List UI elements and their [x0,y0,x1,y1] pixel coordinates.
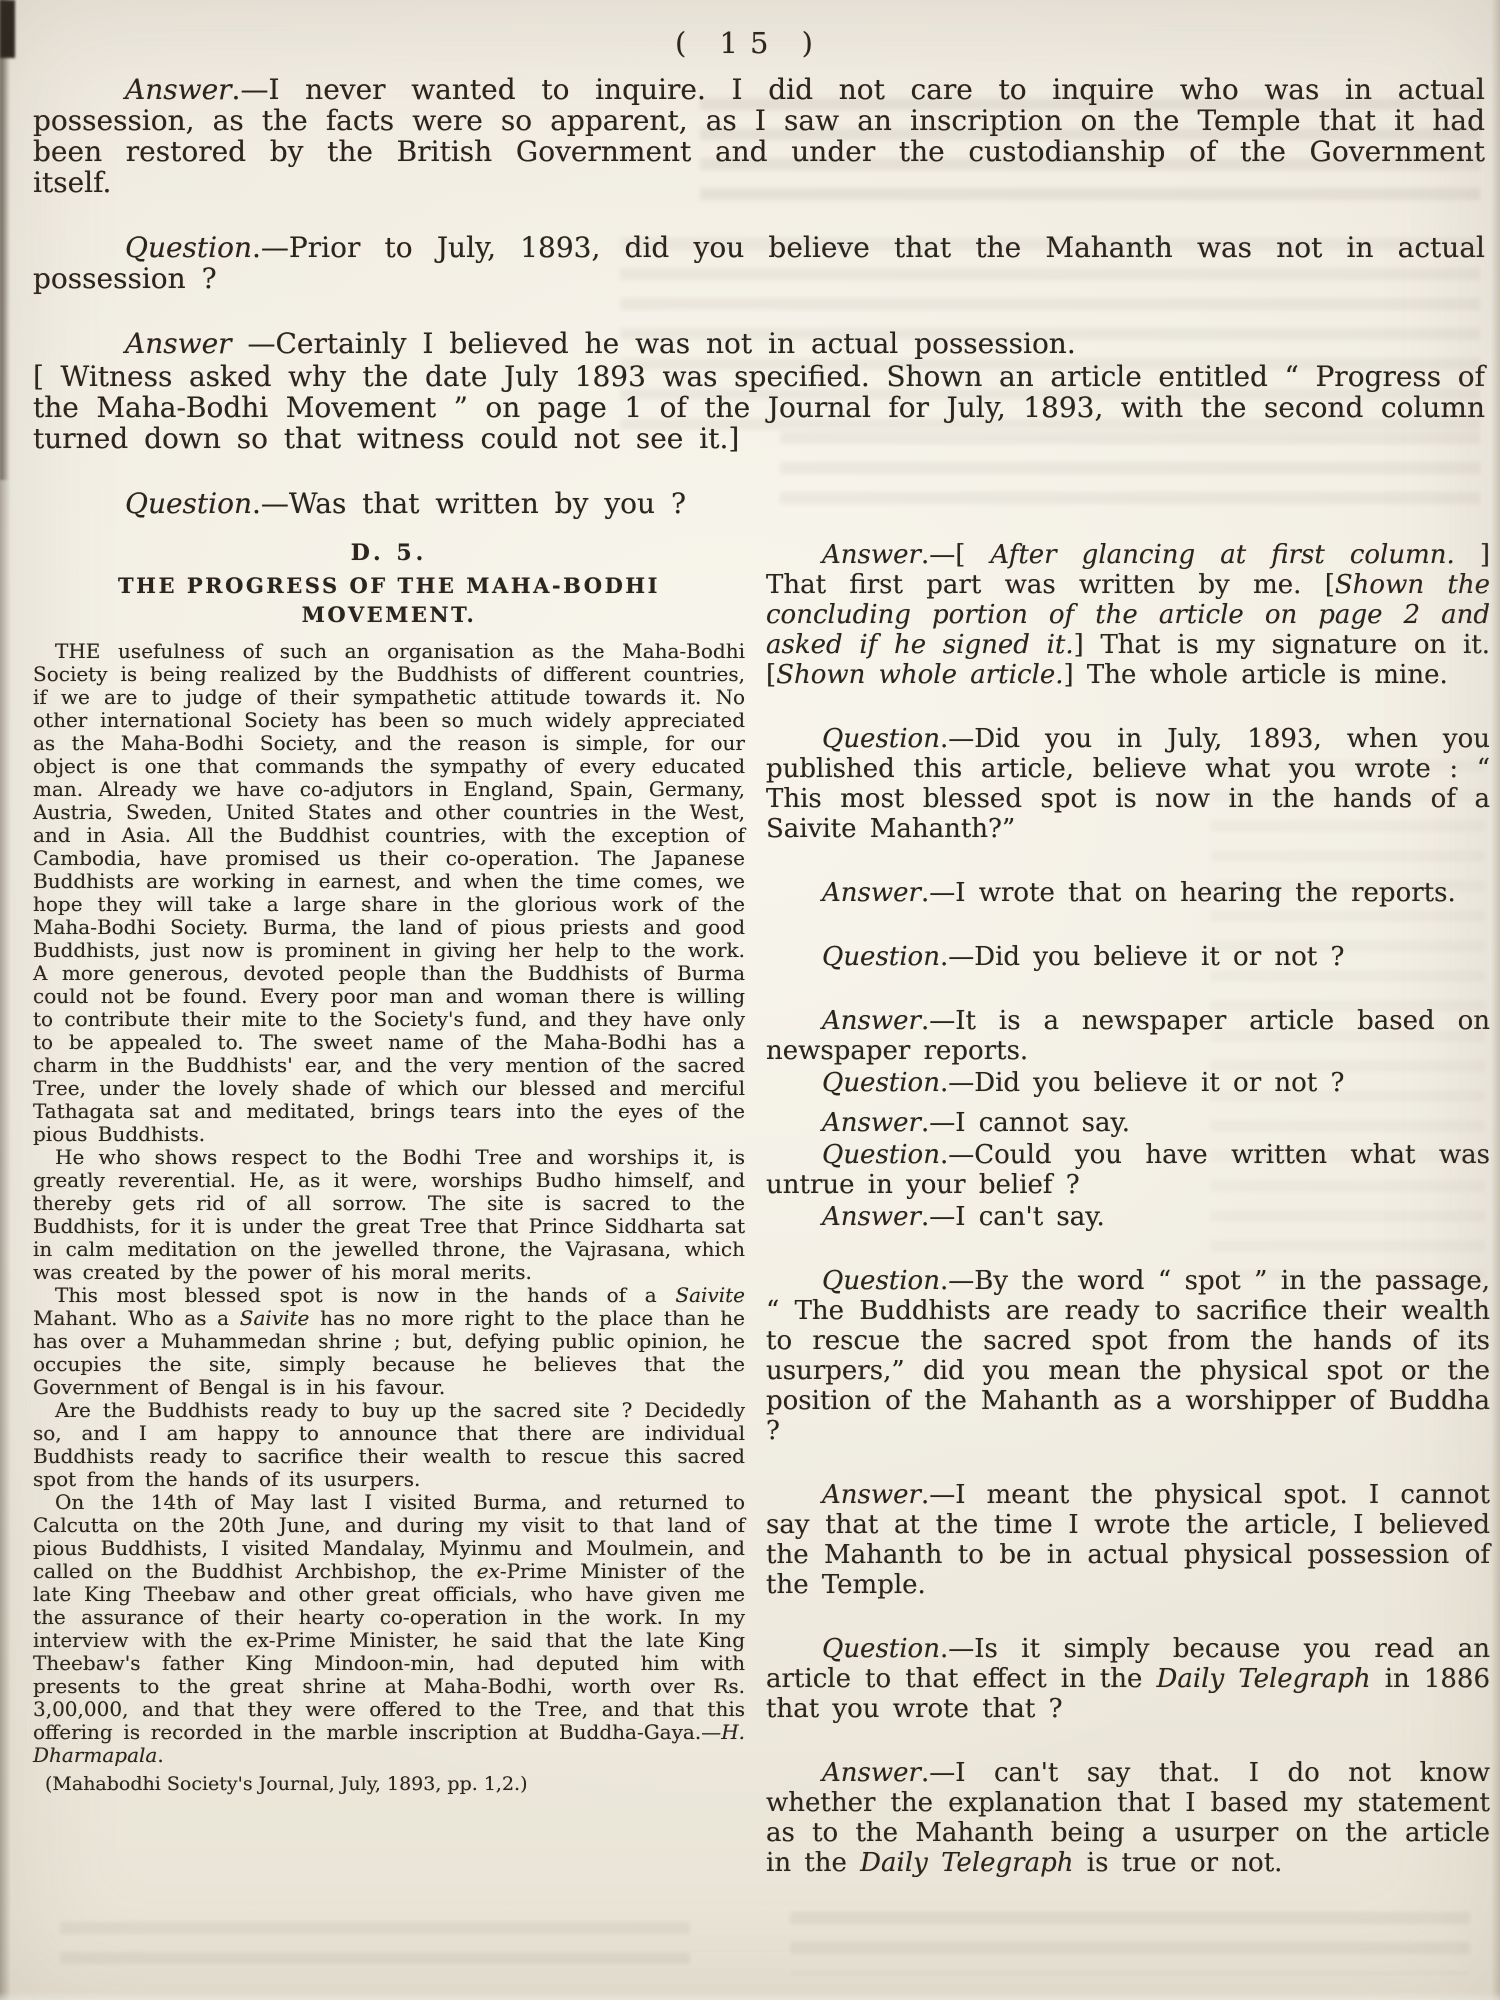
paragraph: Question.—Did you believe it or not ? [766,1068,1490,1098]
text-run: Daily Telegraph [860,1848,1073,1878]
scan-edge-bottom [0,1992,1500,2000]
text-run: Answer [822,878,921,908]
text-run: Question [822,1266,940,1296]
text-run: Question [125,487,252,520]
text-run: Answer [125,327,232,360]
text-run: Question [822,942,940,972]
paragraph: Question.—Was that written by you ? [33,488,1485,519]
text-run: Question [822,1068,940,1098]
paragraph: Answer.—It is a newspaper article based … [766,1006,1490,1066]
paragraph: Question.—Could you have written what wa… [766,1140,1490,1200]
paragraph: Question.—Is it simply because you read … [766,1634,1490,1724]
text-run: [ Witness asked why the date July 1893 w… [33,360,1485,455]
text-run: .—Did you believe it or not ? [940,942,1345,972]
article-title-line2: MOVEMENT. [33,600,745,629]
text-run: Shown whole article. [776,660,1063,690]
paragraph: Question.—Did you in July, 1893, when yo… [766,724,1490,844]
paragraph: Are the Buddhists ready to buy up the sa… [33,1399,745,1491]
page-number: ( 15 ) [0,26,1500,60]
text-run: Mahant. Who as a [33,1306,240,1330]
paragraph: Answer.—I meant the physical spot. I can… [766,1480,1490,1600]
scan-edge-right [1491,0,1500,2000]
testimony-top-section: Answer.—I never wanted to inquire. I did… [33,74,1485,519]
text-run: .—Was that written by you ? [252,487,686,520]
text-run: .—[ [921,540,990,570]
bleed-through [60,1922,690,1970]
text-run: Answer [822,1202,921,1232]
text-run: —Certainly I believed he was not in actu… [232,327,1076,360]
article-body: THE usefulness of such an organisation a… [33,640,745,1767]
text-run: .—I never wanted to inquire. I did not c… [33,73,1485,199]
text-run: Are the Buddhists ready to buy up the sa… [33,1398,745,1491]
text-run: ] The whole article is mine. [1063,660,1447,690]
text-run: -Prime Minister of the late King Theebaw… [33,1559,745,1744]
text-run: Answer [822,1006,921,1036]
text-run: Answer [822,540,921,570]
article-column: D. 5. THE PROGRESS OF THE MAHA-BODHI MOV… [33,540,745,1795]
text-run: Answer [125,73,232,106]
bleed-through [790,1912,1470,1974]
paragraph: Answer —Certainly I believed he was not … [33,328,1485,359]
paragraph: Answer.—I wrote that on hearing the repo… [766,878,1490,908]
text-run: Question [822,1634,940,1664]
paragraph: THE usefulness of such an organisation a… [33,640,745,1146]
text-run: He who shows respect to the Bodhi Tree a… [33,1145,745,1284]
document-label: D. 5. [33,540,745,566]
paragraph: Answer.—I cannot say. [766,1108,1490,1138]
scan-edge-left-dark [0,0,9,480]
text-run: Saivite [675,1283,745,1307]
paragraph: Answer.—I can't say. [766,1202,1490,1232]
text-run: After glancing at first column. [990,540,1454,570]
text-run: . [157,1743,163,1767]
text-run: Answer [822,1108,921,1138]
paragraph: He who shows respect to the Bodhi Tree a… [33,1146,745,1284]
text-run: .—I can't say. [921,1202,1105,1232]
scanned-page: ( 15 ) Answer.—I never wanted to inquire… [0,0,1500,2000]
text-run: Daily Telegraph [1157,1664,1371,1694]
testimony-column: Answer.—[ After glancing at first column… [766,540,1490,1878]
paragraph: Answer.—[ After glancing at first column… [766,540,1490,690]
text-run: Question [125,231,252,264]
text-run: THE usefulness of such an organisation a… [33,639,745,1146]
paragraph: Answer.—I can't say that. I do not know … [766,1758,1490,1878]
text-run: Question [822,724,940,754]
text-run: .—I cannot say. [921,1108,1130,1138]
text-run: This most blessed spot is now in the han… [55,1283,675,1307]
paragraph: Answer.—I never wanted to inquire. I did… [33,74,1485,198]
paragraph: Question.—Did you believe it or not ? [766,942,1490,972]
text-run: Answer [822,1480,921,1510]
text-run: is true or not. [1073,1848,1282,1878]
paragraph: Question.—By the word “ spot ” in the pa… [766,1266,1490,1446]
article-citation: (Mahabodhi Society's Journal, July, 1893… [33,1773,745,1795]
paragraph: This most blessed spot is now in the han… [33,1284,745,1399]
text-run: .—Did you believe it or not ? [940,1068,1345,1098]
text-run: Saivite [240,1306,310,1330]
text-run: ex [477,1559,500,1583]
paragraph: On the 14th of May last I visited Burma,… [33,1491,745,1767]
text-run: .—I wrote that on hearing the reports. [921,878,1456,908]
article-title-line1: THE PROGRESS OF THE MAHA-BODHI [33,571,745,600]
text-run: Answer [822,1758,921,1788]
scan-edge-left [0,0,11,2000]
text-run: Question [822,1140,940,1170]
paragraph: Question.—Prior to July, 1893, did you b… [33,232,1485,294]
paragraph: [ Witness asked why the date July 1893 w… [33,361,1485,454]
